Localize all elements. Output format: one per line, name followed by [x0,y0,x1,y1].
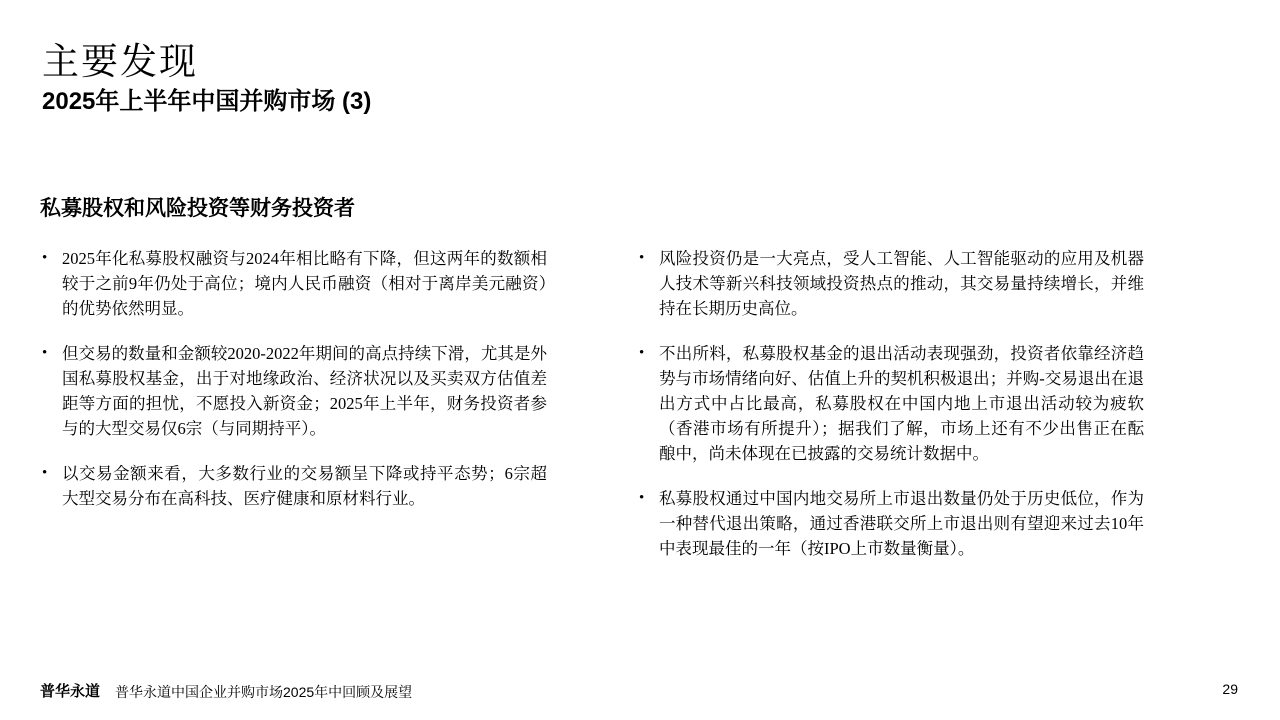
bullet-column-right: 风险投资仍是一大亮点，受人工智能、人工智能驱动的应用及机器人技术等新兴科技领域投… [637,246,1144,581]
page-number: 29 [1222,681,1238,697]
slide-page: 主要发现 2025年上半年中国并购市场 (3) 私募股权和风险投资等财务投资者 … [0,0,1280,720]
brand-logo-text: 普华永道 [40,680,100,701]
bullet-column-left: 2025年化私募股权融资与2024年相比略有下降，但这两年的数额相较于之前9年仍… [40,246,547,531]
bullet-item: 私募股权通过中国内地交易所上市退出数量仍处于历史低位，作为一种替代退出策略，通过… [637,486,1144,561]
section-heading: 私募股权和风险投资等财务投资者 [40,192,355,222]
bullet-list-left: 2025年化私募股权融资与2024年相比略有下降，但这两年的数额相较于之前9年仍… [40,246,547,511]
bullet-item: 风险投资仍是一大亮点，受人工智能、人工智能驱动的应用及机器人技术等新兴科技领域投… [637,246,1144,321]
bullet-item: 但交易的数量和金额较2020-2022年期间的高点持续下滑，尤其是外国私募股权基… [40,341,547,441]
page-title: 主要发现 [42,42,198,85]
bullet-list-right: 风险投资仍是一大亮点，受人工智能、人工智能驱动的应用及机器人技术等新兴科技领域投… [637,246,1144,561]
bullet-item: 不出所料，私募股权基金的退出活动表现强劲，投资者依靠经济趋势与市场情绪向好、估值… [637,341,1144,466]
bullet-item: 2025年化私募股权融资与2024年相比略有下降，但这两年的数额相较于之前9年仍… [40,246,547,321]
footer-report-title: 普华永道中国企业并购市场2025年中回顾及展望 [115,682,412,702]
page-subtitle: 2025年上半年中国并购市场 (3) [42,88,371,117]
bullet-item: 以交易金额来看，大多数行业的交易额呈下降或持平态势；6宗超大型交易分布在高科技、… [40,461,547,511]
